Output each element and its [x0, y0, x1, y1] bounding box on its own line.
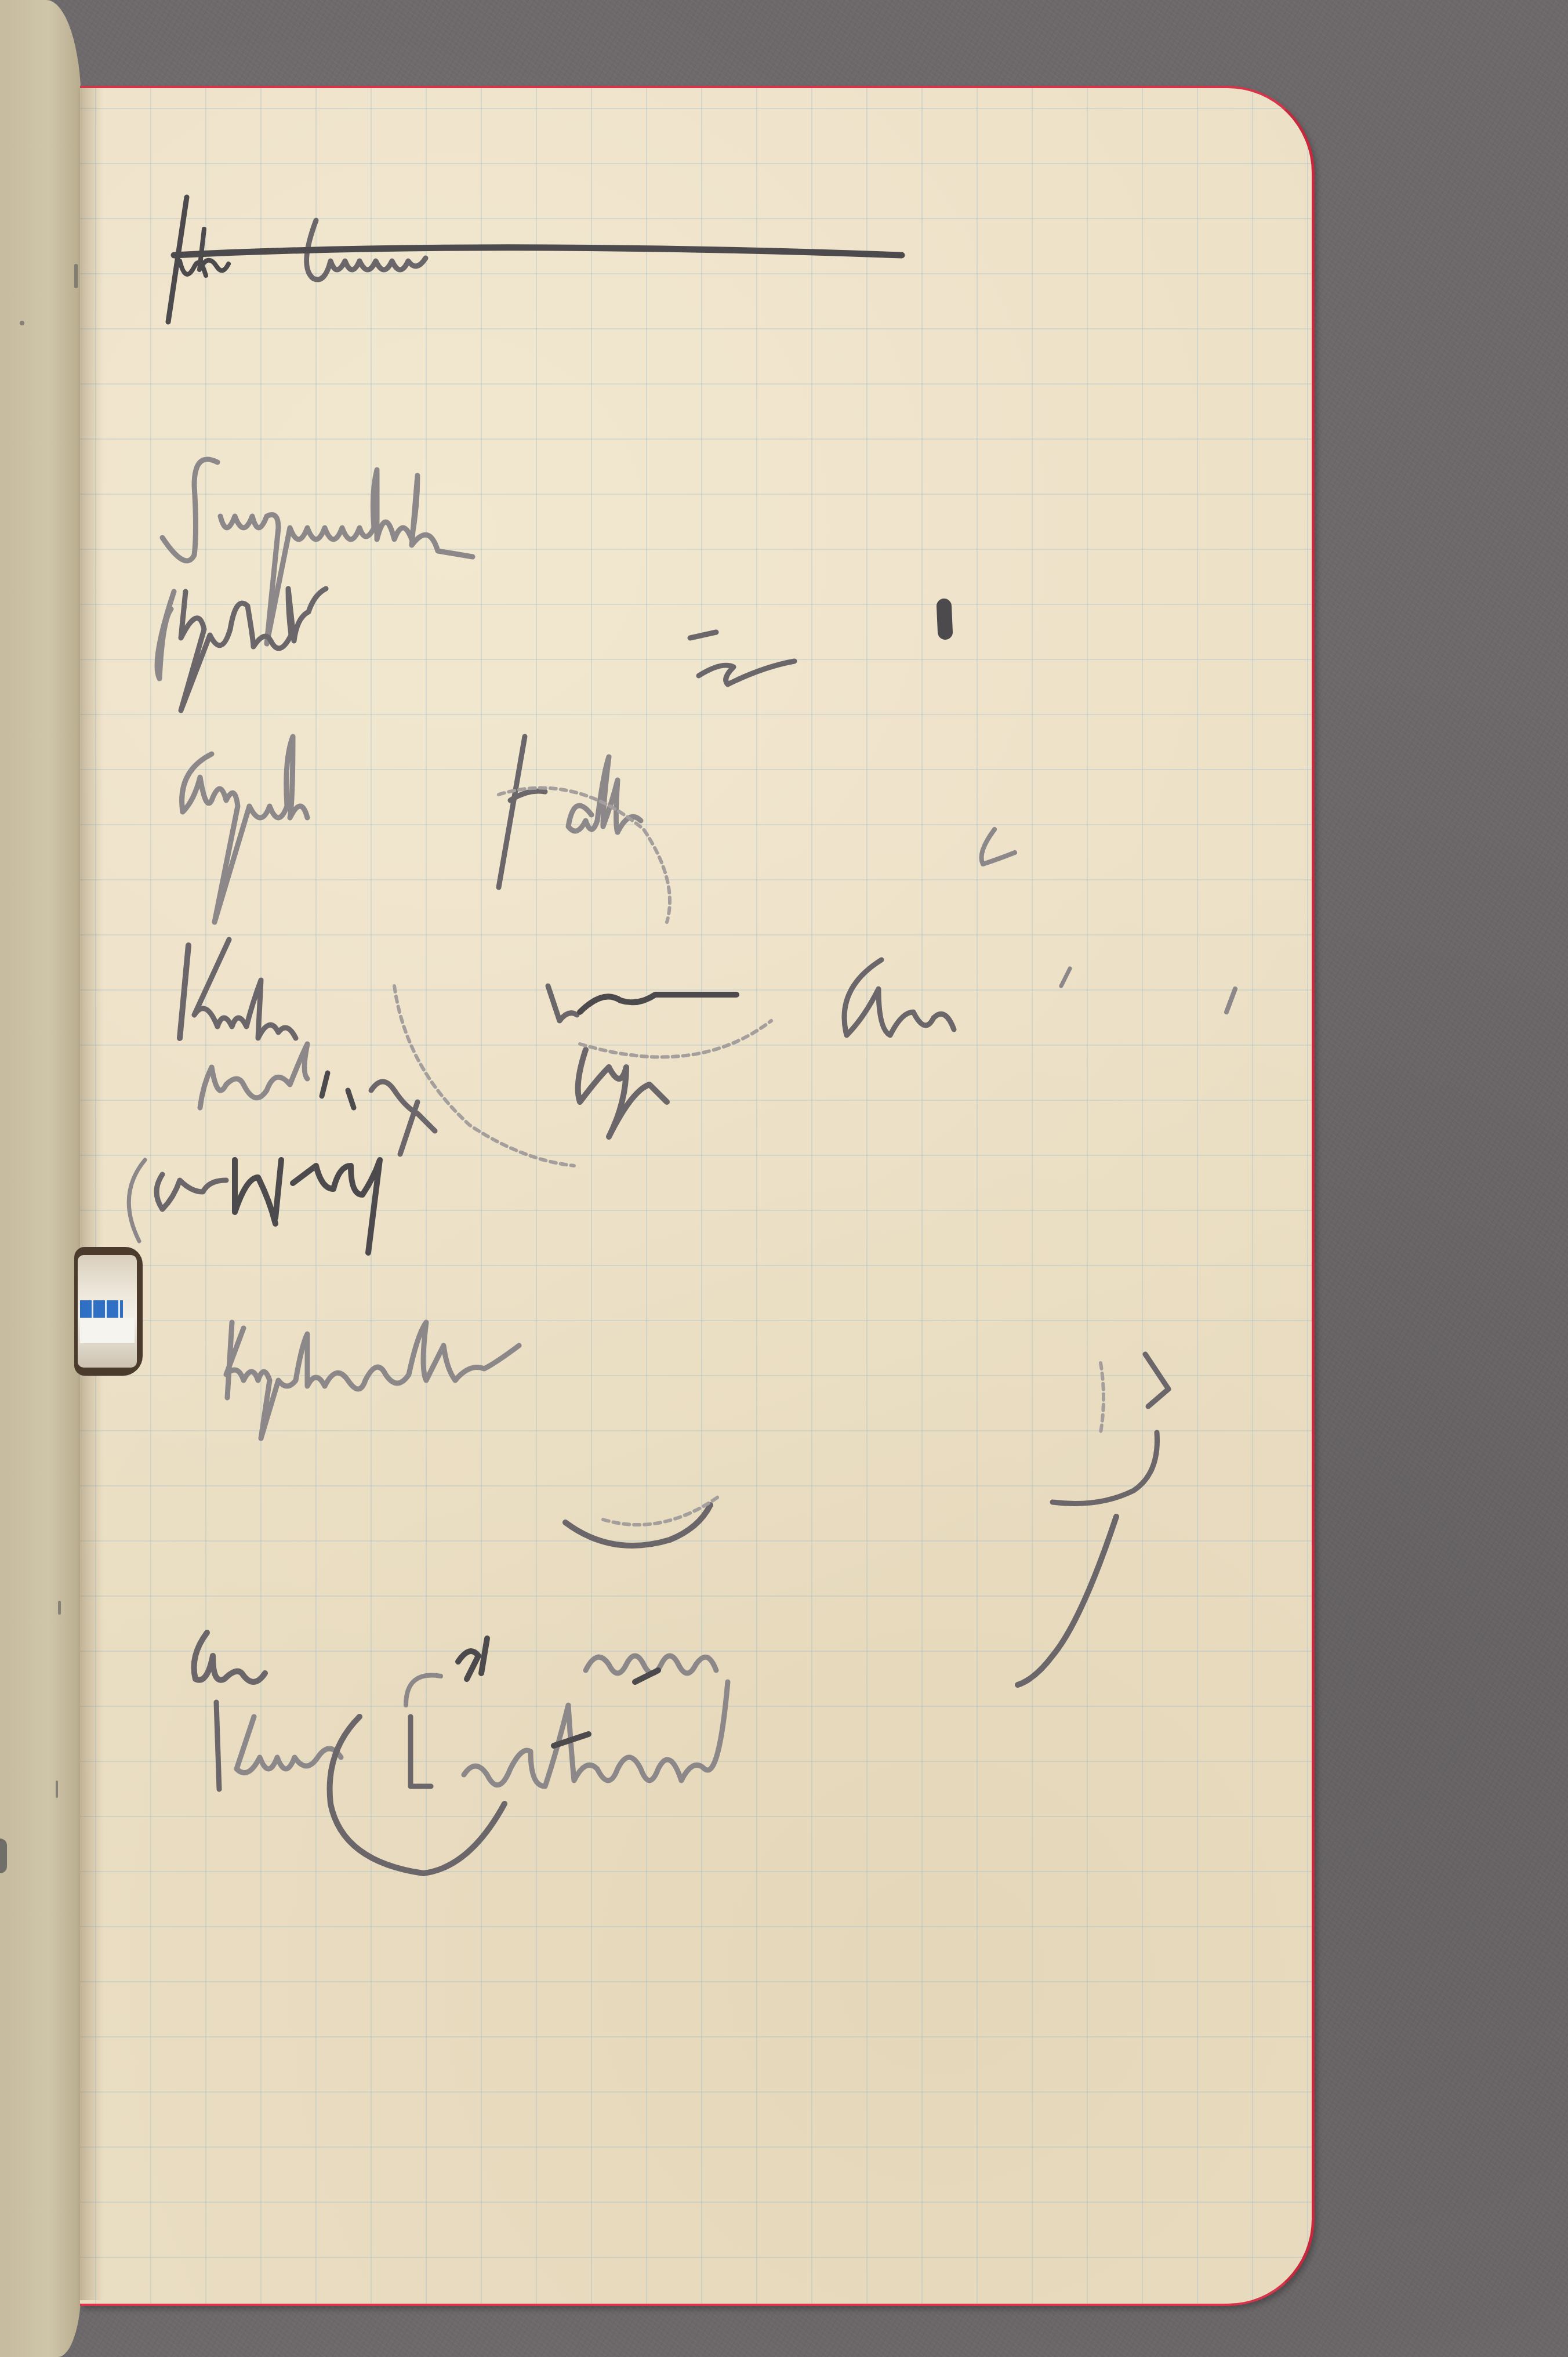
facing-page-edge: [0, 0, 81, 2357]
ink-mark: [74, 264, 78, 288]
binding-hole: [74, 1247, 143, 1376]
binding-thread-white-band: [80, 1318, 135, 1343]
notebook-page: [80, 86, 1315, 2306]
ink-mark: [0, 1839, 7, 1873]
binding-thread-blue-band: [80, 1300, 123, 1318]
ink-mark: [56, 1781, 58, 1798]
ink-mark: [20, 321, 24, 325]
ink-mark: [58, 1601, 61, 1615]
